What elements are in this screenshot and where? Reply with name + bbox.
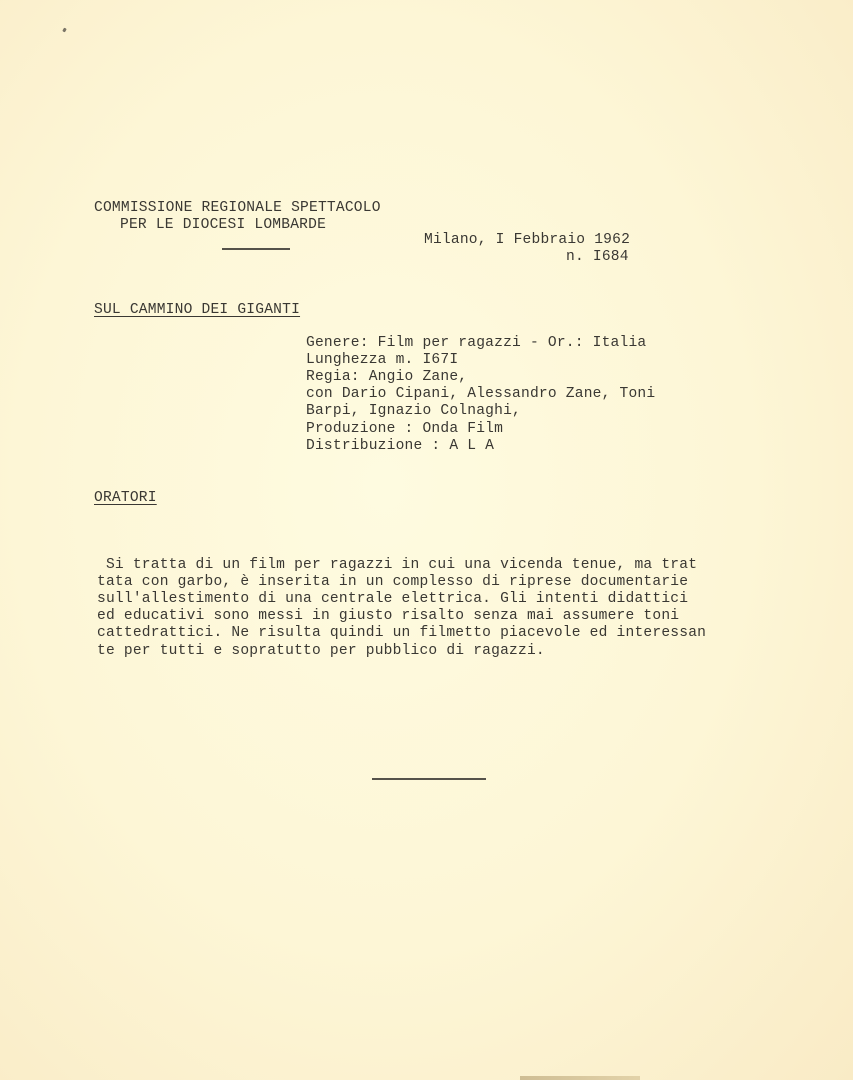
- detail-production: Produzione : Onda Film: [306, 421, 503, 438]
- film-title: SUL CAMMINO DEI GIGANTI: [94, 302, 300, 319]
- page-edge-shadow: [520, 1076, 640, 1080]
- classification-label: ORATORI: [94, 490, 157, 507]
- paper-speck: [62, 28, 67, 33]
- organization-line-1: COMMISSIONE REGIONALE SPETTACOLO: [94, 200, 381, 217]
- document-number: n. I684: [566, 249, 629, 266]
- detail-length: Lunghezza m. I67I: [306, 352, 458, 369]
- closing-divider: [372, 778, 486, 780]
- review-line: te per tutti e sopratutto per pubblico d…: [97, 643, 545, 660]
- document-page: COMMISSIONE REGIONALE SPETTACOLO PER LE …: [0, 0, 853, 1080]
- place-date: Milano, I Febbraio 1962: [424, 232, 630, 249]
- review-line: tata con garbo, è inserita in un comples…: [97, 574, 688, 591]
- review-line: Si tratta di un film per ragazzi in cui …: [97, 557, 697, 574]
- detail-cast: con Dario Cipani, Alessandro Zane, Toni: [306, 386, 655, 403]
- detail-cast-cont: Barpi, Ignazio Colnaghi,: [306, 403, 521, 420]
- organization-line-2: PER LE DIOCESI LOMBARDE: [120, 217, 326, 234]
- detail-genre: Genere: Film per ragazzi - Or.: Italia: [306, 335, 646, 352]
- detail-distribution: Distribuzione : A L A: [306, 438, 494, 455]
- review-line: cattedrattici. Ne risulta quindi un film…: [97, 625, 706, 642]
- review-line: ed educativi sono messi in giusto risalt…: [97, 608, 679, 625]
- review-line: sull'allestimento di una centrale elettr…: [97, 591, 688, 608]
- detail-director: Regia: Angio Zane,: [306, 369, 467, 386]
- letterhead-divider: [222, 248, 290, 250]
